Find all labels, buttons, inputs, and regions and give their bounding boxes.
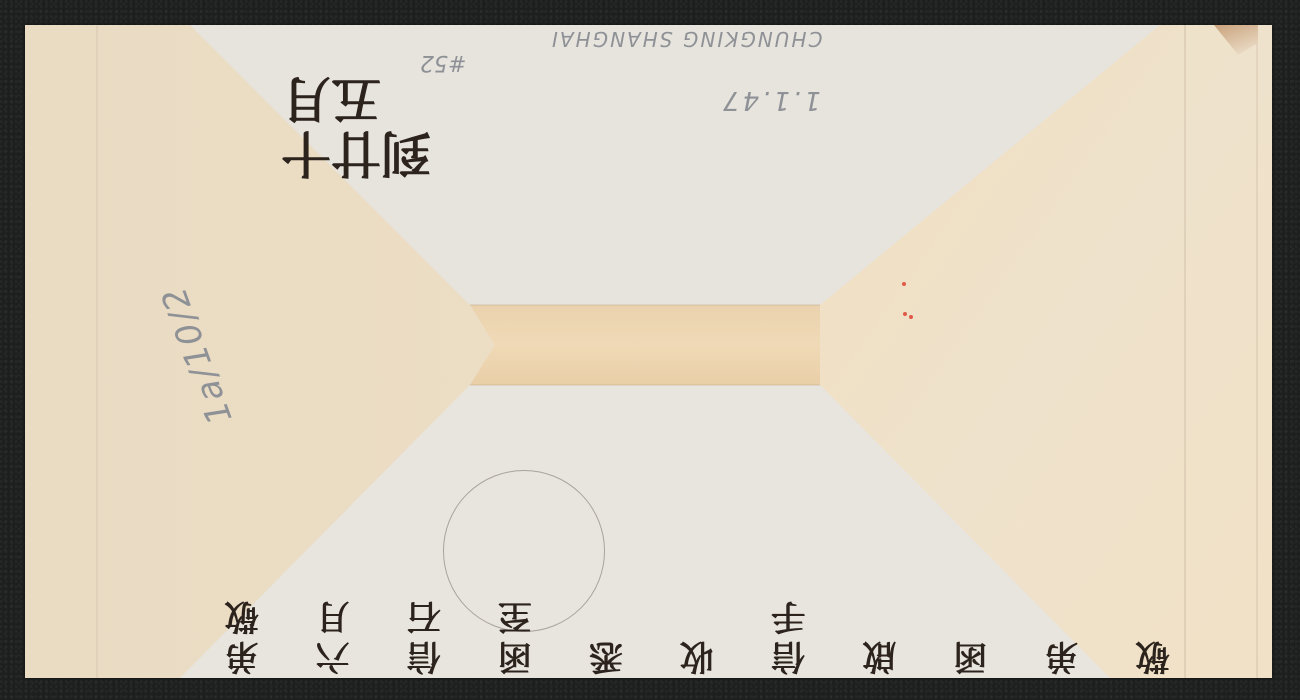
seal-band <box>470 305 820 385</box>
ink-column: 敬 <box>1131 505 1180 675</box>
ink-column: 信石 <box>402 505 451 675</box>
ink-column: 函至 <box>493 505 542 675</box>
ink-column: 收 <box>676 505 725 675</box>
red-speck <box>909 315 913 319</box>
pencil-date-note: 1.1.47 <box>720 85 821 115</box>
ink-top-characters: 十月廿五到 <box>285 70 435 180</box>
ink-column: 弟 <box>1040 505 1089 675</box>
ink-column: 六月 <box>311 505 360 675</box>
ink-bottom-text: 弟敬 六月 信石 函至 悉 收 信手 啟 函 弟 敬 <box>220 505 1180 675</box>
ink-column: 悉 <box>584 505 633 675</box>
red-speck <box>903 312 907 316</box>
ink-column: 信手 <box>767 505 816 675</box>
ink-column: 啟 <box>858 505 907 675</box>
ink-column: 弟敬 <box>220 595 269 675</box>
pencil-route-note: CHUNGKING SHANGHAI <box>550 27 822 51</box>
ink-column: 函 <box>949 505 998 675</box>
envelope-back: CHUNGKING SHANGHAI 1.1.47 #52 1a/10/2 十月… <box>25 25 1272 678</box>
red-speck <box>902 282 906 286</box>
